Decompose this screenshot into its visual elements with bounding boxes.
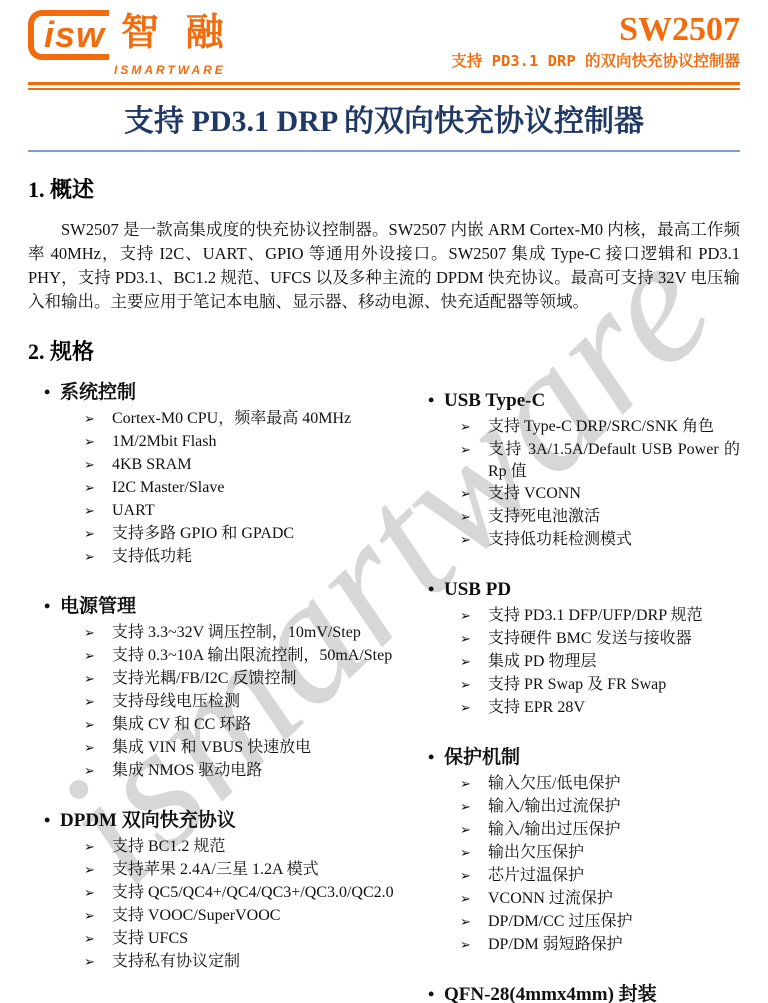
spec-group-title: •QFN-28(4mmx4mm) 封装 <box>428 982 740 1003</box>
logo-cjk-text: 智 融 <box>121 10 232 56</box>
arrow-bullet-icon: ➢ <box>460 506 488 529</box>
spec-item: ➢输入欠压/低电保护 <box>460 773 740 796</box>
spec-group: •DPDM 双向快充协议➢支持 BC1.2 规范➢支持苹果 2.4A/三星 1.… <box>28 808 420 974</box>
spec-item: ➢输入/输出过压保护 <box>460 819 740 842</box>
spec-item-text: 芯片过温保护 <box>488 865 740 888</box>
spec-group-title-text: USB Type-C <box>444 389 545 413</box>
spec-item: ➢集成 VIN 和 VBUS 快速放电 <box>84 737 420 760</box>
spec-column-right: •USB Type-C➢支持 Type-C DRP/SRC/SNK 角色➢支持 … <box>420 380 740 1003</box>
arrow-bullet-icon: ➢ <box>84 408 112 431</box>
spec-columns: •系统控制➢Cortex-M0 CPU，频率最高 40MHz➢1M/2Mbit … <box>28 380 740 1003</box>
spec-item-text: 支持 0.3~10A 输出限流控制，50mA/Step <box>112 645 420 668</box>
page-header: isw 智 融 ISMARTWARE SW2507 支持 PD3.1 DRP 的… <box>28 10 740 77</box>
spec-group-title-text: 系统控制 <box>60 381 136 405</box>
spec-item-text: 集成 PD 物理层 <box>488 651 740 674</box>
arrow-bullet-icon: ➢ <box>460 674 488 697</box>
arrow-bullet-icon: ➢ <box>84 928 112 951</box>
spec-group-title: •DPDM 双向快充协议 <box>44 808 420 833</box>
spec-item: ➢支持 PD3.1 DFP/UFP/DRP 规范 <box>460 605 740 628</box>
spec-item-text: 输出欠压保护 <box>488 842 740 865</box>
arrow-bullet-icon: ➢ <box>460 911 488 934</box>
spec-item-text: 支持 PD3.1 DFP/UFP/DRP 规范 <box>488 605 740 628</box>
arrow-bullet-icon: ➢ <box>460 842 488 865</box>
logo-isw-text: isw <box>44 17 105 53</box>
header-double-rule <box>28 82 740 90</box>
spec-item-text: 支持死电池激活 <box>488 506 740 529</box>
spec-item-text: 集成 VIN 和 VBUS 快速放电 <box>112 737 420 760</box>
logo-bracket-shape: isw <box>28 10 109 60</box>
arrow-bullet-icon: ➢ <box>84 500 112 523</box>
spec-item-list: ➢Cortex-M0 CPU，频率最高 40MHz➢1M/2Mbit Flash… <box>28 408 420 569</box>
spec-item: ➢支持 3.3~32V 调压控制，10mV/Step <box>84 622 420 645</box>
spec-item-list: ➢支持 PD3.1 DFP/UFP/DRP 规范➢支持硬件 BMC 发送与接收器… <box>420 605 740 720</box>
spec-item-list: ➢输入欠压/低电保护➢输入/输出过流保护➢输入/输出过压保护➢输出欠压保护➢芯片… <box>420 773 740 957</box>
arrow-bullet-icon: ➢ <box>460 819 488 842</box>
spec-group: •QFN-28(4mmx4mm) 封装 <box>420 982 740 1003</box>
spec-item: ➢支持苹果 2.4A/三星 1.2A 模式 <box>84 859 420 882</box>
arrow-bullet-icon: ➢ <box>84 668 112 691</box>
spec-item: ➢DP/DM/CC 过压保护 <box>460 911 740 934</box>
spec-item: ➢支持 EPR 28V <box>460 697 740 720</box>
spec-group-title: •USB PD <box>428 577 740 602</box>
spec-item: ➢支持母线电压检测 <box>84 691 420 714</box>
spec-item-text: 支持 QC5/QC4+/QC4/QC3+/QC3.0/QC2.0 <box>112 882 420 905</box>
arrow-bullet-icon: ➢ <box>460 934 488 957</box>
spec-group: •电源管理➢支持 3.3~32V 调压控制，10mV/Step➢支持 0.3~1… <box>28 594 420 783</box>
bullet-icon: • <box>428 745 444 769</box>
spec-item-text: 支持低功耗 <box>112 546 420 569</box>
spec-item: ➢支持 VOOC/SuperVOOC <box>84 905 420 928</box>
spec-item-text: UART <box>112 500 420 523</box>
overview-paragraph: SW2507 是一款高集成度的快充协议控制器。SW2507 内嵌 ARM Cor… <box>28 218 740 314</box>
spec-group-title-text: QFN-28(4mmx4mm) 封装 <box>444 983 657 1003</box>
spec-item-text: 输入欠压/低电保护 <box>488 773 740 796</box>
spec-item-text: VCONN 过流保护 <box>488 888 740 911</box>
spec-item-text: 支持光耦/FB/I2C 反馈控制 <box>112 668 420 691</box>
spec-group: •USB Type-C➢支持 Type-C DRP/SRC/SNK 角色➢支持 … <box>420 388 740 552</box>
section-heading-overview: 1. 概述 <box>28 176 740 204</box>
spec-item: ➢VCONN 过流保护 <box>460 888 740 911</box>
page-title: 支持 PD3.1 DRP 的双向快充协议控制器 <box>28 103 740 141</box>
header-right: SW2507 支持 PD3.1 DRP 的双向快充协议控制器 <box>451 10 740 72</box>
spec-item-text: 集成 NMOS 驱动电路 <box>112 760 420 783</box>
spec-item: ➢支持 BC1.2 规范 <box>84 836 420 859</box>
spec-item-text: 支持私有协议定制 <box>112 951 420 974</box>
arrow-bullet-icon: ➢ <box>460 529 488 552</box>
bullet-icon: • <box>428 982 444 1003</box>
arrow-bullet-icon: ➢ <box>460 439 488 483</box>
arrow-bullet-icon: ➢ <box>84 951 112 974</box>
bullet-icon: • <box>44 380 60 404</box>
datasheet-page: isw 智 融 ISMARTWARE SW2507 支持 PD3.1 DRP 的… <box>0 0 768 1003</box>
spec-group-title-text: DPDM 双向快充协议 <box>60 809 236 833</box>
spec-item-text: 1M/2Mbit Flash <box>112 431 420 454</box>
spec-item-text: 输入/输出过压保护 <box>488 819 740 842</box>
spec-item-text: Cortex-M0 CPU，频率最高 40MHz <box>112 408 420 431</box>
spec-item-list: ➢支持 Type-C DRP/SRC/SNK 角色➢支持 3A/1.5A/Def… <box>420 416 740 552</box>
spec-item: ➢支持 3A/1.5A/Default USB Power 的 Rp 值 <box>460 439 740 483</box>
spec-item: ➢集成 CV 和 CC 环路 <box>84 714 420 737</box>
spec-item-text: 支持母线电压检测 <box>112 691 420 714</box>
arrow-bullet-icon: ➢ <box>84 477 112 500</box>
spec-item-list: ➢支持 BC1.2 规范➢支持苹果 2.4A/三星 1.2A 模式➢支持 QC5… <box>28 836 420 974</box>
logo-wordmark: ISMARTWARE <box>114 63 232 77</box>
part-number: SW2507 <box>451 12 740 48</box>
bullet-icon: • <box>428 388 444 412</box>
arrow-bullet-icon: ➢ <box>460 416 488 439</box>
title-rule <box>28 150 740 152</box>
arrow-bullet-icon: ➢ <box>460 628 488 651</box>
spec-item: ➢支持光耦/FB/I2C 反馈控制 <box>84 668 420 691</box>
arrow-bullet-icon: ➢ <box>460 697 488 720</box>
spec-item-text: 支持 UFCS <box>112 928 420 951</box>
spec-group-title-text: 电源管理 <box>60 595 136 619</box>
spec-item-text: 支持 Type-C DRP/SRC/SNK 角色 <box>488 416 740 439</box>
arrow-bullet-icon: ➢ <box>84 760 112 783</box>
spec-item-text: 支持低功耗检测模式 <box>488 529 740 552</box>
spec-item-text: 支持 PR Swap 及 FR Swap <box>488 674 740 697</box>
arrow-bullet-icon: ➢ <box>84 905 112 928</box>
arrow-bullet-icon: ➢ <box>84 691 112 714</box>
spec-item-text: 支持 VCONN <box>488 483 740 506</box>
spec-item-text: 支持 3A/1.5A/Default USB Power 的 Rp 值 <box>488 439 740 483</box>
arrow-bullet-icon: ➢ <box>460 773 488 796</box>
spec-item-text: I2C Master/Slave <box>112 477 420 500</box>
arrow-bullet-icon: ➢ <box>460 796 488 819</box>
spec-item: ➢输出欠压保护 <box>460 842 740 865</box>
arrow-bullet-icon: ➢ <box>84 882 112 905</box>
arrow-bullet-icon: ➢ <box>460 888 488 911</box>
arrow-bullet-icon: ➢ <box>460 865 488 888</box>
spec-item: ➢支持 QC5/QC4+/QC4/QC3+/QC3.0/QC2.0 <box>84 882 420 905</box>
spec-item: ➢支持 VCONN <box>460 483 740 506</box>
spec-item-text: 集成 CV 和 CC 环路 <box>112 714 420 737</box>
spec-column-left: •系统控制➢Cortex-M0 CPU，频率最高 40MHz➢1M/2Mbit … <box>28 380 420 1003</box>
spec-item: ➢集成 NMOS 驱动电路 <box>84 760 420 783</box>
spec-item-text: 输入/输出过流保护 <box>488 796 740 819</box>
arrow-bullet-icon: ➢ <box>84 714 112 737</box>
arrow-bullet-icon: ➢ <box>460 651 488 674</box>
spec-item: ➢输入/输出过流保护 <box>460 796 740 819</box>
spec-group-title: •电源管理 <box>44 594 420 619</box>
spec-item: ➢支持死电池激活 <box>460 506 740 529</box>
spec-group: •系统控制➢Cortex-M0 CPU，频率最高 40MHz➢1M/2Mbit … <box>28 380 420 569</box>
spec-item-text: DP/DM 弱短路保护 <box>488 934 740 957</box>
arrow-bullet-icon: ➢ <box>84 454 112 477</box>
spec-item: ➢支持 Type-C DRP/SRC/SNK 角色 <box>460 416 740 439</box>
ismartware-logo: isw 智 融 ISMARTWARE <box>28 10 232 77</box>
arrow-bullet-icon: ➢ <box>84 546 112 569</box>
bullet-icon: • <box>428 577 444 601</box>
arrow-bullet-icon: ➢ <box>460 483 488 506</box>
arrow-bullet-icon: ➢ <box>84 836 112 859</box>
spec-group-title: •USB Type-C <box>428 388 740 413</box>
arrow-bullet-icon: ➢ <box>84 622 112 645</box>
arrow-bullet-icon: ➢ <box>84 859 112 882</box>
spec-item: ➢支持低功耗检测模式 <box>460 529 740 552</box>
spec-group-title-text: 保护机制 <box>444 746 520 770</box>
spec-item: ➢I2C Master/Slave <box>84 477 420 500</box>
arrow-bullet-icon: ➢ <box>460 605 488 628</box>
arrow-bullet-icon: ➢ <box>84 523 112 546</box>
spec-group-title: •系统控制 <box>44 380 420 405</box>
spec-group-title: •保护机制 <box>428 745 740 770</box>
spec-item-text: 4KB SRAM <box>112 454 420 477</box>
spec-item: ➢Cortex-M0 CPU，频率最高 40MHz <box>84 408 420 431</box>
spec-item: ➢支持硬件 BMC 发送与接收器 <box>460 628 740 651</box>
spec-item: ➢UART <box>84 500 420 523</box>
arrow-bullet-icon: ➢ <box>84 431 112 454</box>
spec-group: •USB PD➢支持 PD3.1 DFP/UFP/DRP 规范➢支持硬件 BMC… <box>420 577 740 720</box>
spec-item: ➢1M/2Mbit Flash <box>84 431 420 454</box>
header-subtitle: 支持 PD3.1 DRP 的双向快充协议控制器 <box>451 50 740 72</box>
section-heading-specs: 2. 规格 <box>28 338 740 366</box>
spec-item-text: 支持 BC1.2 规范 <box>112 836 420 859</box>
spec-item-text: 支持多路 GPIO 和 GPADC <box>112 523 420 546</box>
spec-item: ➢集成 PD 物理层 <box>460 651 740 674</box>
spec-item-list: ➢支持 3.3~32V 调压控制，10mV/Step➢支持 0.3~10A 输出… <box>28 622 420 783</box>
spec-item-text: DP/DM/CC 过压保护 <box>488 911 740 934</box>
bullet-icon: • <box>44 808 60 832</box>
spec-item: ➢DP/DM 弱短路保护 <box>460 934 740 957</box>
spec-item-text: 支持苹果 2.4A/三星 1.2A 模式 <box>112 859 420 882</box>
bullet-icon: • <box>44 594 60 618</box>
spec-item: ➢芯片过温保护 <box>460 865 740 888</box>
spec-item: ➢支持低功耗 <box>84 546 420 569</box>
spec-item: ➢4KB SRAM <box>84 454 420 477</box>
spec-group: •保护机制➢输入欠压/低电保护➢输入/输出过流保护➢输入/输出过压保护➢输出欠压… <box>420 745 740 957</box>
spec-item-text: 支持 EPR 28V <box>488 697 740 720</box>
arrow-bullet-icon: ➢ <box>84 737 112 760</box>
spec-item: ➢支持 0.3~10A 输出限流控制，50mA/Step <box>84 645 420 668</box>
spec-item: ➢支持私有协议定制 <box>84 951 420 974</box>
arrow-bullet-icon: ➢ <box>84 645 112 668</box>
spec-item: ➢支持 UFCS <box>84 928 420 951</box>
spec-group-title-text: USB PD <box>444 578 511 602</box>
spec-item: ➢支持多路 GPIO 和 GPADC <box>84 523 420 546</box>
spec-item-text: 支持 VOOC/SuperVOOC <box>112 905 420 928</box>
spec-item-text: 支持 3.3~32V 调压控制，10mV/Step <box>112 622 420 645</box>
spec-item: ➢支持 PR Swap 及 FR Swap <box>460 674 740 697</box>
spec-item-text: 支持硬件 BMC 发送与接收器 <box>488 628 740 651</box>
